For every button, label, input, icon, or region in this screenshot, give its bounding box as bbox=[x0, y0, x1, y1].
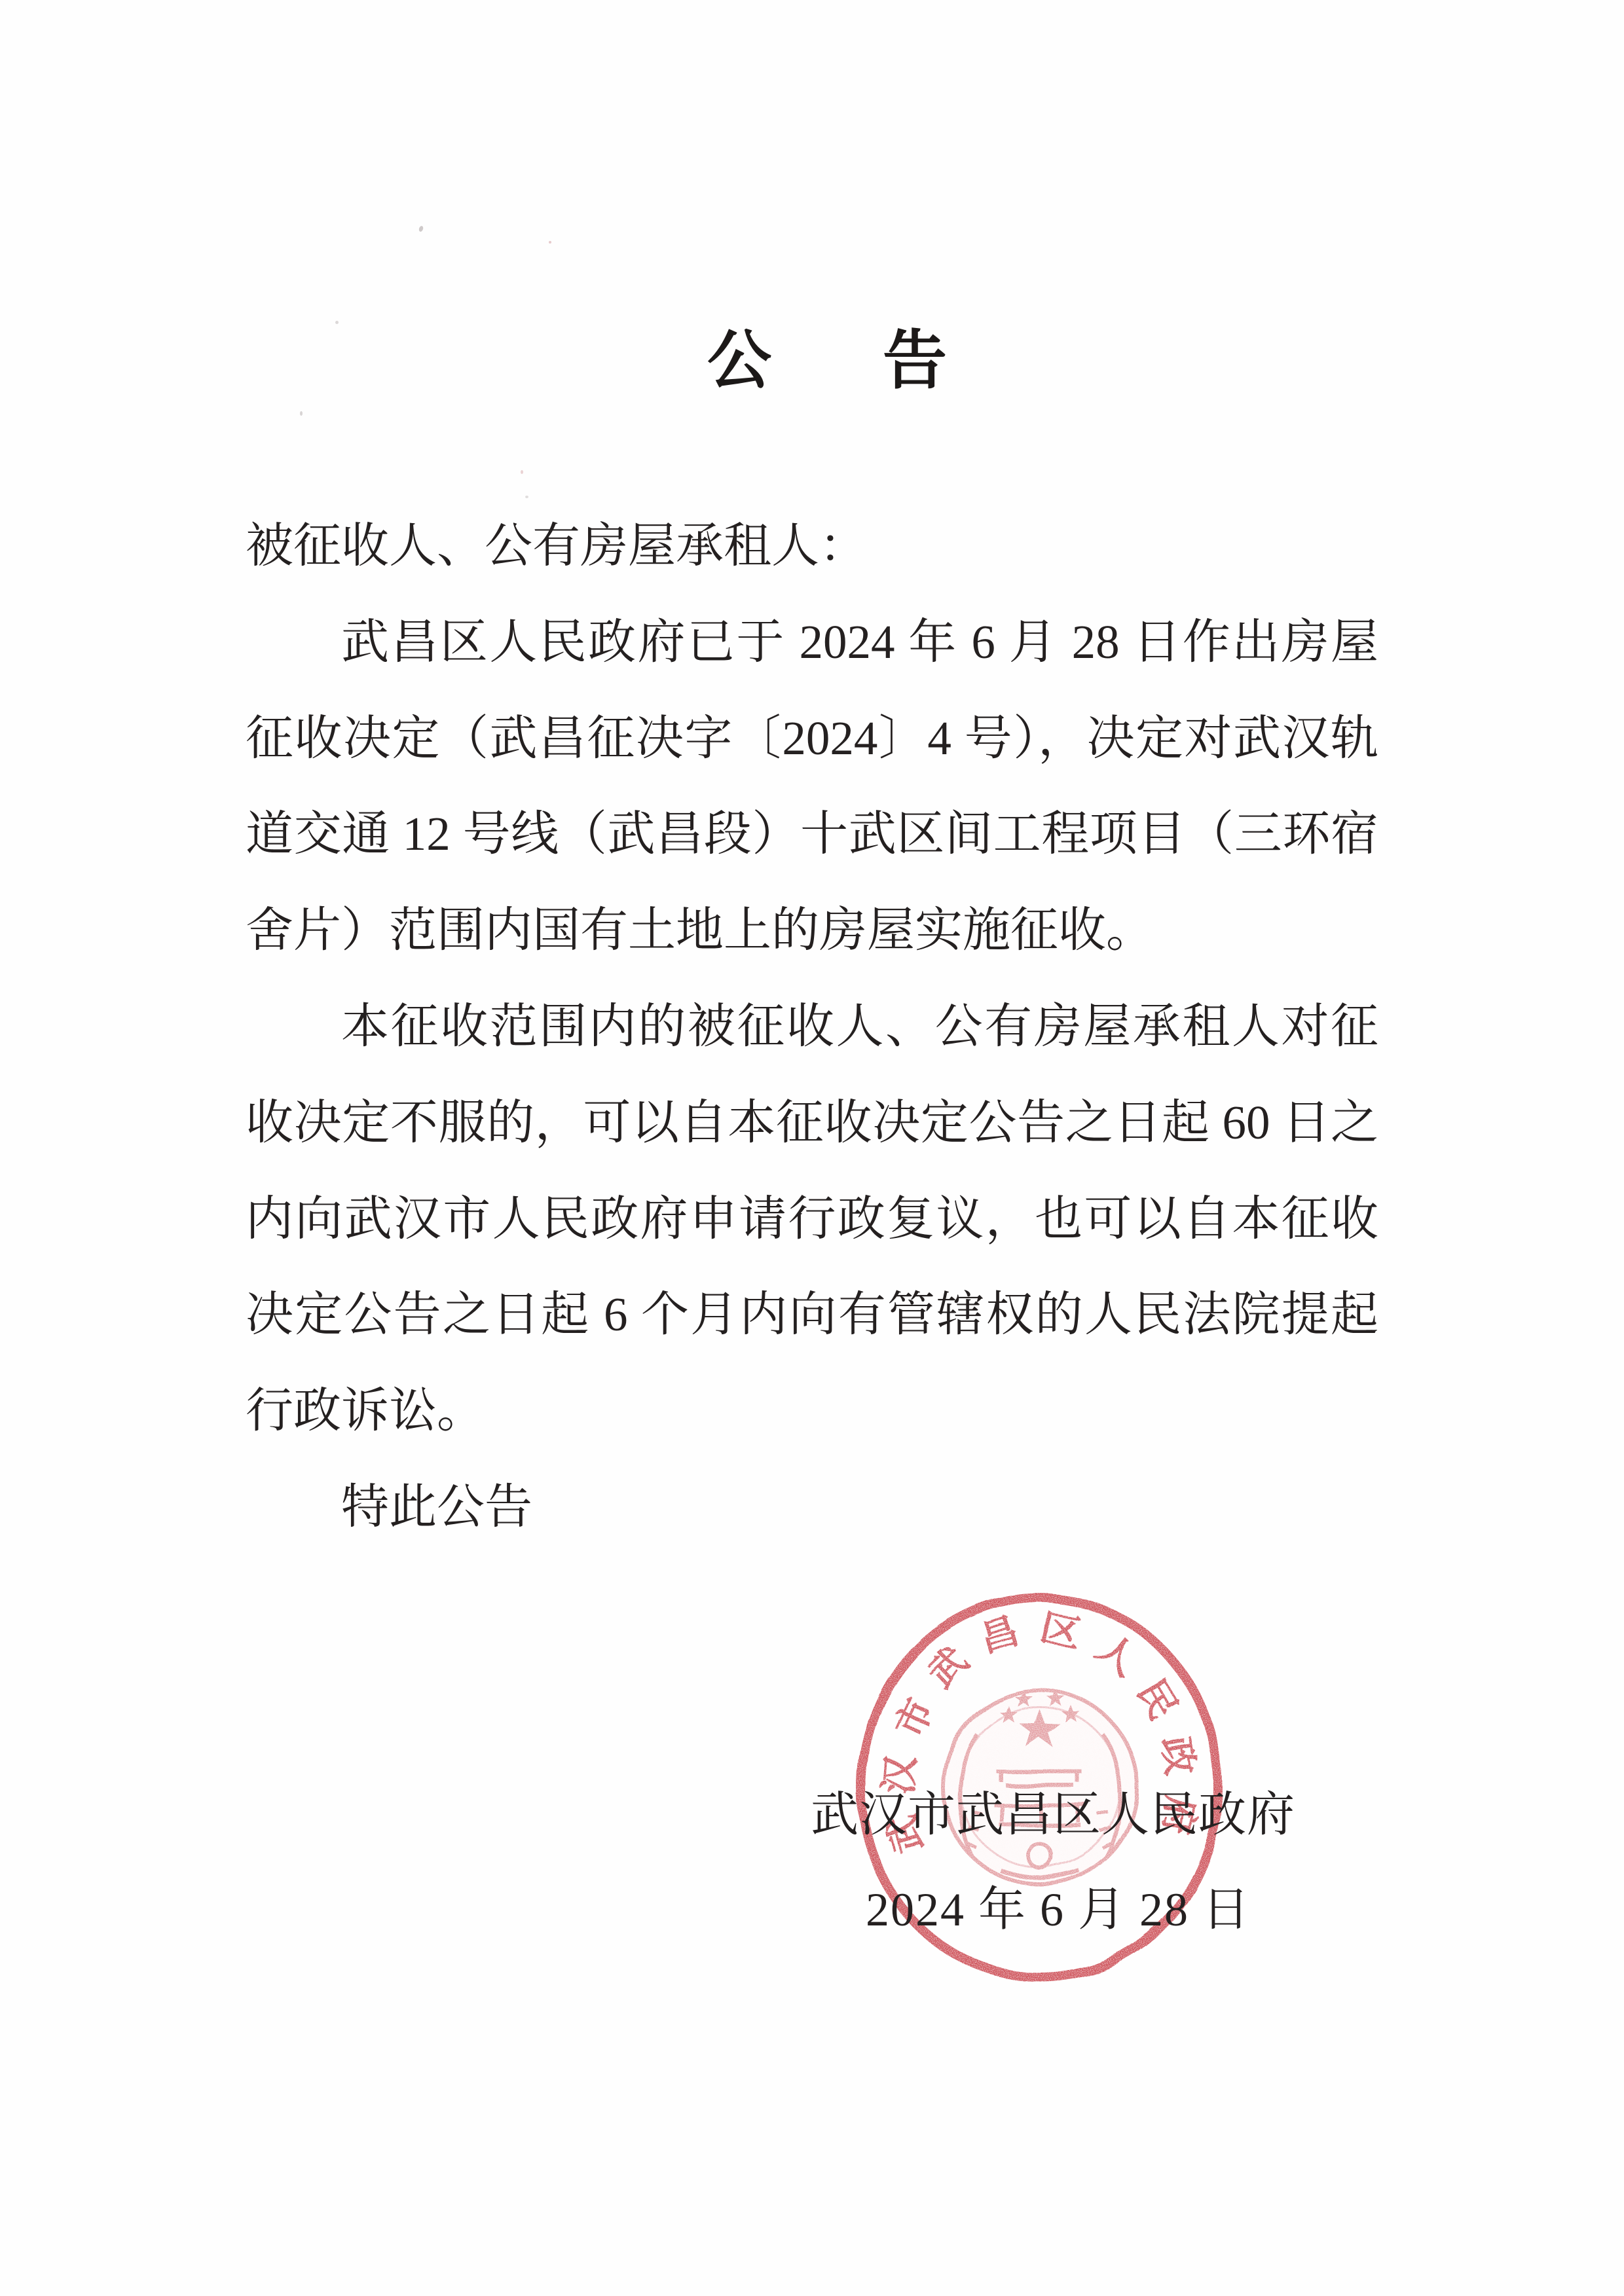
body-line: 本征收范围内的被征收人、公有房屋承租人对征 bbox=[246, 1001, 1378, 1052]
body-line: 决定公告之日起 6 个月内向有管辖权的人民法院提起 bbox=[246, 1289, 1378, 1340]
body-line: 征收决定（武昌征决字〔2024〕4 号），决定对武汉轨 bbox=[246, 713, 1378, 764]
body-line: 舍片）范围内国有土地上的房屋实施征收。 bbox=[246, 905, 1378, 956]
body-line: 收决定不服的，可以自本征收决定公告之日起 60 日之 bbox=[246, 1097, 1378, 1148]
scan-artifact bbox=[521, 470, 523, 474]
scan-artifact bbox=[525, 496, 528, 498]
body-line: 特此公告 bbox=[246, 1482, 1378, 1533]
notice-page: 公 告 被征收人、公有房屋承租人： 武昌区人民政府已于 2024 年 6 月 2… bbox=[0, 0, 1624, 2296]
body-line: 被征收人、公有房屋承租人： bbox=[246, 520, 1378, 572]
issuer-signature: 武汉市武昌区人民政府 bbox=[811, 1776, 1295, 1844]
scan-artifact bbox=[335, 321, 339, 324]
issue-date: 2024 年 6 月 28 日 bbox=[866, 1871, 1251, 1939]
body-line: 行政诉讼。 bbox=[246, 1385, 1378, 1436]
scan-artifact bbox=[549, 241, 551, 244]
body-line: 武昌区人民政府已于 2024 年 6 月 28 日作出房屋 bbox=[246, 617, 1378, 668]
scan-artifact bbox=[300, 411, 303, 416]
notice-title: 公 告 bbox=[707, 309, 970, 401]
body-line: 道交通 12 号线（武昌段）十武区间工程项目（三环宿 bbox=[246, 809, 1378, 860]
scan-artifact bbox=[418, 225, 424, 232]
body-line: 内向武汉市人民政府申请行政复议，也可以自本征收 bbox=[246, 1194, 1378, 1245]
